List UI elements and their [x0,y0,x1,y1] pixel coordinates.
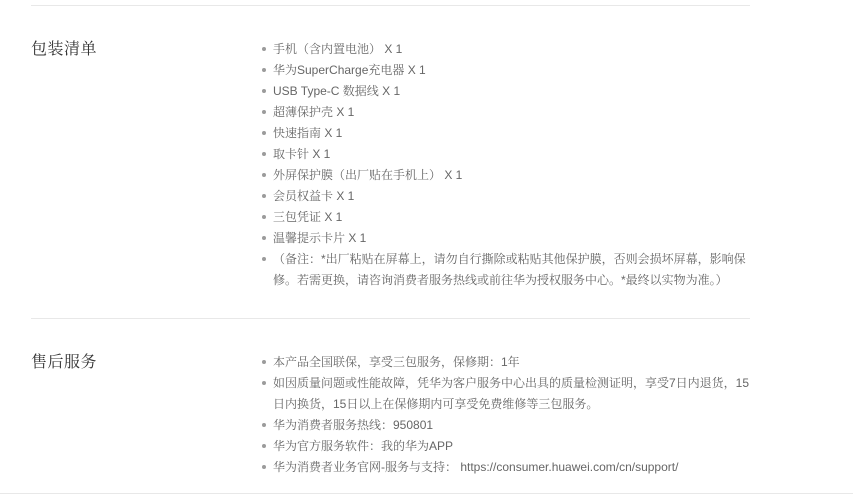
list-item: 三包凭证 X 1 [262,207,750,228]
list-item: 会员权益卡 X 1 [262,186,750,207]
list-item: 温馨提示卡片 X 1 [262,228,750,249]
list-item-text: 华为消费者服务热线：950801 [273,418,433,432]
list-item-text: 温馨提示卡片 X 1 [273,231,366,245]
bullet-icon [262,236,266,240]
page-bottom-divider [0,493,853,494]
section-after-sales-service: 售后服务 本产品全国联保，享受三包服务，保修期：1年 如因质量问题或性能故障，凭… [31,318,750,493]
list-item-text: 外屏保护膜（出厂贴在手机上） X 1 [273,168,462,182]
bullet-icon [262,89,266,93]
list-item-text: 华为SuperCharge充电器 X 1 [273,63,426,77]
list-item-text: 如因质量问题或性能故障，凭华为客户服务中心出具的质量检测证明，享受7日内退货，1… [273,376,749,411]
bullet-icon [262,215,266,219]
list-item: 如因质量问题或性能故障，凭华为客户服务中心出具的质量检测证明，享受7日内退货，1… [262,373,750,415]
list-item-text: 华为官方服务软件：我的华为APP [273,439,453,453]
list-item: 本产品全国联保，享受三包服务，保修期：1年 [262,352,750,373]
bullet-icon [262,381,266,385]
bullet-icon [262,360,266,364]
packing-list-title: 包装清单 [31,39,262,60]
list-item-text: 手机（含内置电池） X 1 [273,42,402,56]
list-item-text: 华为消费者业务官网-服务与支持： https://consumer.huawei… [273,460,678,474]
list-item-text: 快速指南 X 1 [273,126,342,140]
list-item: 外屏保护膜（出厂贴在手机上） X 1 [262,165,750,186]
list-item-text: 三包凭证 X 1 [273,210,342,224]
bullet-icon [262,194,266,198]
bullet-icon [262,173,266,177]
bullet-icon [262,423,266,427]
bullet-icon [262,110,266,114]
packing-list: 手机（含内置电池） X 1 华为SuperCharge充电器 X 1 USB T… [262,39,750,291]
list-item-text: 本产品全国联保，享受三包服务，保修期：1年 [273,355,520,369]
list-item-service-app: 华为官方服务软件：我的华为APP [262,436,750,457]
section-packing-list: 包装清单 手机（含内置电池） X 1 华为SuperCharge充电器 X 1 … [31,5,750,318]
list-item: USB Type-C 数据线 X 1 [262,81,750,102]
bullet-icon [262,68,266,72]
list-item: 超薄保护壳 X 1 [262,102,750,123]
list-item-text: 超薄保护壳 X 1 [273,105,354,119]
list-item-text: 会员权益卡 X 1 [273,189,354,203]
product-spec-page: 包装清单 手机（含内置电池） X 1 华为SuperCharge充电器 X 1 … [0,0,853,504]
bullet-icon [262,444,266,448]
bullet-icon [262,152,266,156]
list-item: 快速指南 X 1 [262,123,750,144]
list-item-remark: （备注：*出厂粘贴在屏幕上，请勿自行撕除或粘贴其他保护膜，否则会损坏屏幕，影响保… [262,249,750,291]
list-item-hotline: 华为消费者服务热线：950801 [262,415,750,436]
bullet-icon [262,465,266,469]
list-item-text: （备注：*出厂粘贴在屏幕上，请勿自行撕除或粘贴其他保护膜，否则会损坏屏幕，影响保… [273,252,746,287]
bullet-icon [262,47,266,51]
list-item-text: 取卡针 X 1 [273,147,330,161]
list-item-support-url: 华为消费者业务官网-服务与支持： https://consumer.huawei… [262,457,750,478]
list-item: 手机（含内置电池） X 1 [262,39,750,60]
list-item: 取卡针 X 1 [262,144,750,165]
list-item: 华为SuperCharge充电器 X 1 [262,60,750,81]
bullet-icon [262,257,266,261]
bullet-icon [262,131,266,135]
after-sales-list: 本产品全国联保，享受三包服务，保修期：1年 如因质量问题或性能故障，凭华为客户服… [262,352,750,478]
after-sales-title: 售后服务 [31,352,262,373]
list-item-text: USB Type-C 数据线 X 1 [273,84,400,98]
